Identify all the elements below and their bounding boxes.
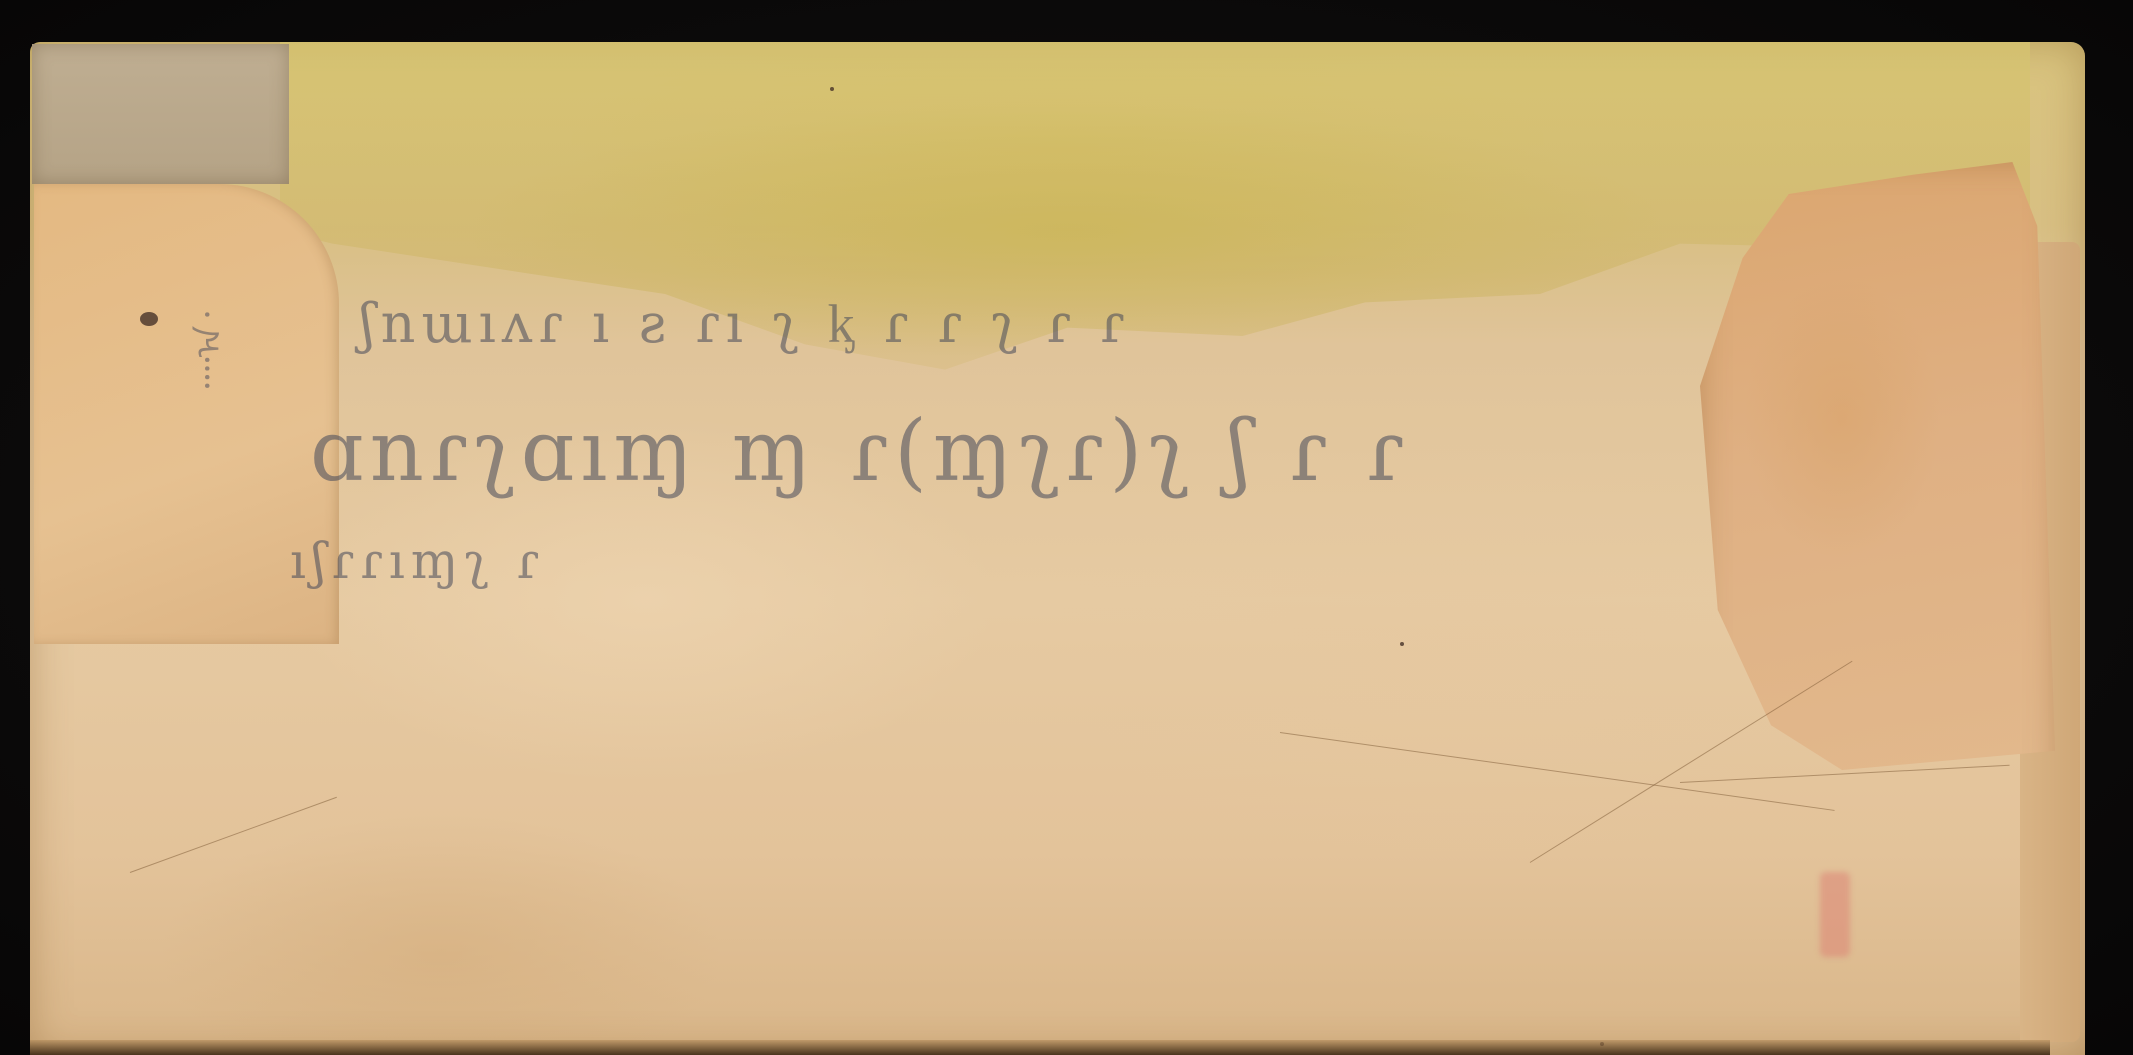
script-line-3: ıʃɾɾıɱʅ ɾ [290,532,545,590]
corner-repair-patch [32,44,289,184]
photo-stage: ᠁ᠠ᠂ ʃnɯıʌɾ ı ƨ ɾı ʅ ᶄ ɾ ɾ ʅ ɾ ɾ ɑnɾʅɑıɱ … [0,0,2133,1055]
ink-speck [830,87,834,91]
lower-page-edge [30,1040,2050,1055]
ink-speck [1400,642,1404,646]
paper-crease [1530,661,1853,863]
right-repair-patch [1700,162,2055,802]
manuscript-leaf: ᠁ᠠ᠂ ʃnɯıʌɾ ı ƨ ɾı ʅ ᶄ ɾ ɾ ʅ ɾ ɾ ɑnɾʅɑıɱ … [30,42,2085,1055]
margin-note: ᠁ᠠ᠂ [180,312,240,397]
paper-crease [130,797,337,873]
red-ink-mark [1820,872,1850,957]
script-line-1: ʃnɯıʌɾ ı ƨ ɾı ʅ ᶄ ɾ ɾ ʅ ɾ ɾ [360,292,1131,355]
paper-crease [1280,732,1835,811]
ink-speck [140,312,158,326]
script-line-2: ɑnɾʅɑıɱ ɱ ɾ(ɱʅɾ)ʅ ʃ ɾ ɾ [310,402,1410,500]
